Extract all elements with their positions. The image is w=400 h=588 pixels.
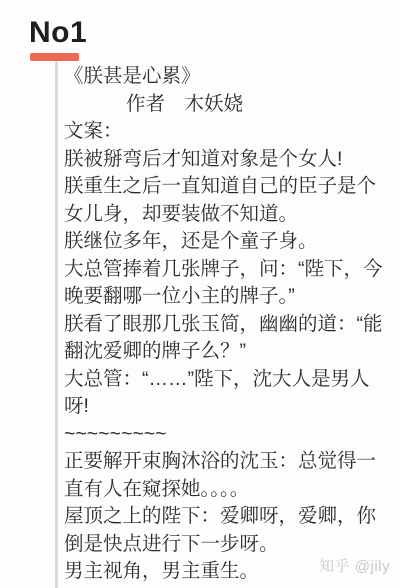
heading-underline: [30, 53, 79, 61]
text-line: 倒是快点进行下一步呀。: [64, 531, 396, 559]
text-line: 翻沈爱卿的牌子么？”: [64, 338, 396, 366]
text-line: 呀!: [64, 393, 396, 421]
section-heading: No1: [29, 16, 87, 50]
quote-block: 《朕甚是心累》 作者 木妖娆 文案： 朕被掰弯后才知道对象是个女人! 朕重生之后…: [55, 61, 396, 588]
book-author: 作者 木妖娆: [64, 91, 396, 119]
book-title: 《朕甚是心累》: [64, 63, 396, 91]
synopsis-label: 文案：: [64, 118, 396, 146]
text-line: 正要解开束胸沐浴的沈玉：总觉得一: [64, 448, 396, 476]
text-line: 屋顶之上的陛下：爱卿呀，爱卿，你: [64, 503, 396, 531]
text-line: 朕被掰弯后才知道对象是个女人!: [64, 146, 396, 174]
watermark: 知乎 @jily: [319, 558, 390, 576]
text-line: 朕看了眼那几张玉简，幽幽的道：“能: [64, 311, 396, 339]
tilde-divider: ~~~~~~~~~: [64, 421, 396, 449]
text-line: 朕重生之后一直知道自己的臣子是个: [64, 173, 396, 201]
text-line: 大总管捧着几张牌子，问：“陛下，今: [64, 256, 396, 284]
text-line: 大总管：“……”陛下，沈大人是男人: [64, 366, 396, 394]
text-line: 女儿身，却要装做不知道。: [64, 201, 396, 229]
text-line: 朕继位多年，还是个童子身。: [64, 228, 396, 256]
text-line: 直有人在窥探她。。。。: [64, 476, 396, 504]
text-line: 晚要翻哪一位小主的牌子。”: [64, 283, 396, 311]
